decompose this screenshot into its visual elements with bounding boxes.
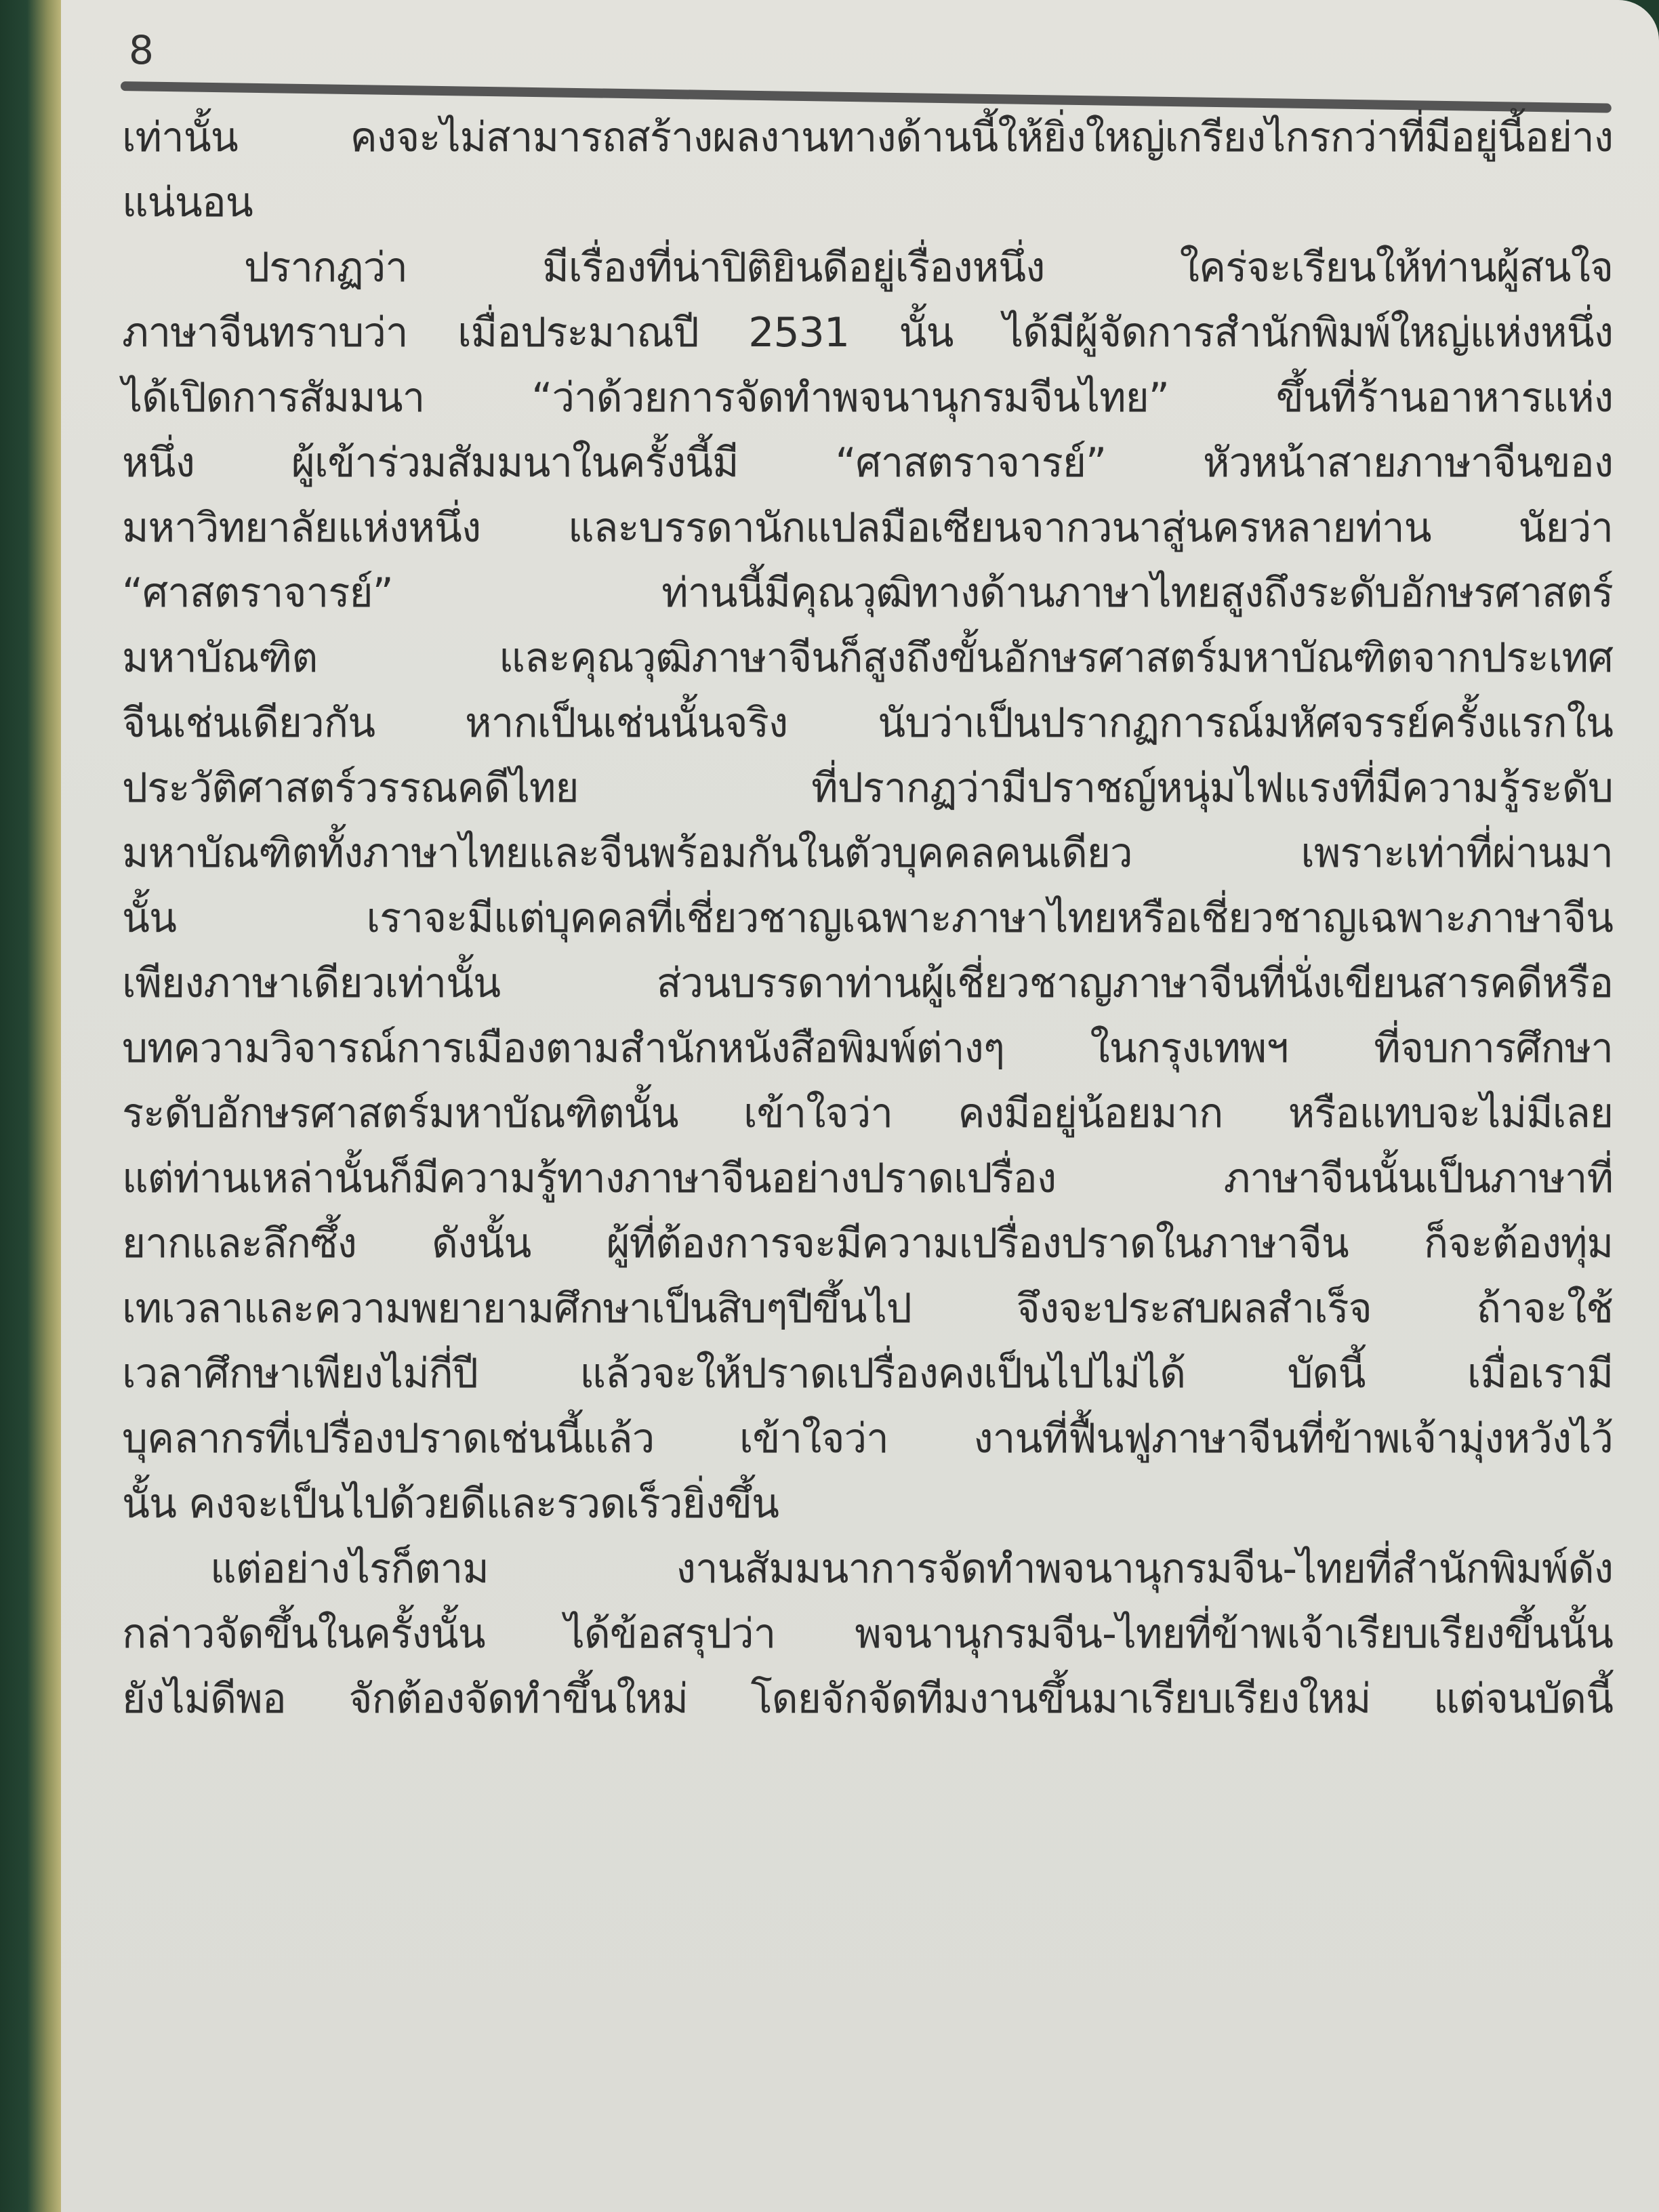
text-line: แต่อย่างไรก็ตาม งานสัมมนาการจัดทำพจนานุก… — [122, 1536, 1613, 1601]
text-line: นั้น คงจะเป็นไปด้วยดีและรวดเร็วยิ่งขึ้น — [122, 1471, 1613, 1536]
text-line: เทเวลาและความพยายามศึกษาเป็นสิบๆปีขึ้นไป… — [122, 1276, 1613, 1341]
text-line: เวลาศึกษาเพียงไม่กี่ปี แล้วจะให้ปราดเปรื… — [122, 1341, 1613, 1406]
page-number: 8 — [129, 27, 154, 73]
text-line: ระดับอักษรศาสตร์มหาบัณฑิตนั้น เข้าใจว่า … — [122, 1081, 1613, 1146]
text-line: ภาษาจีนทราบว่า เมื่อประมาณปี 2531 นั้น ไ… — [122, 300, 1613, 365]
text-line: บุคลากรที่เปรื่องปราดเช่นนี้แล้ว เข้าใจว… — [122, 1406, 1613, 1471]
text-line: ได้เปิดการสัมมนา “ว่าด้วยการจัดทำพจนานุก… — [122, 365, 1613, 430]
text-line: มหาวิทยาลัยแห่งหนึ่ง และบรรดานักแปลมือเซ… — [122, 495, 1613, 560]
body-text: เท่านั้น คงจะไม่สามารถสร้างผลงานทางด้านน… — [122, 105, 1613, 1732]
text-line: มหาบัณฑิต และคุณวุฒิภาษาจีนก็สูงถึงขั้นอ… — [122, 626, 1613, 691]
text-line: ประวัติศาสตร์วรรณคดีไทย ที่ปรากฏว่ามีปรา… — [122, 756, 1613, 821]
text-line: ยังไม่ดีพอ จักต้องจัดทำขึ้นใหม่ โดยจักจั… — [122, 1666, 1613, 1732]
text-line: ยากและลึกซึ้ง ดังนั้น ผู้ที่ต้องการจะมีค… — [122, 1211, 1613, 1276]
text-line: บทความวิจารณ์การเมืองตามสำนักหนังสือพิมพ… — [122, 1016, 1613, 1081]
text-line: นั้น เราจะมีแต่บุคคลที่เชี่ยวชาญเฉพาะภาษ… — [122, 886, 1613, 951]
text-line: เพียงภาษาเดียวเท่านั้น ส่วนบรรดาท่านผู้เ… — [122, 951, 1613, 1016]
text-line: “ศาสตราจารย์” ท่านนี้มีคุณวุฒิทางด้านภาษ… — [122, 560, 1613, 626]
text-line: มหาบัณฑิตทั้งภาษาไทยและจีนพร้อมกันในตัวบ… — [122, 821, 1613, 886]
text-line: ปรากฏว่า มีเรื่องที่น่าปิติยินดีอยู่เรื่… — [122, 235, 1613, 300]
text-line: เท่านั้น คงจะไม่สามารถสร้างผลงานทางด้านน… — [122, 105, 1613, 170]
text-line: จีนเช่นเดียวกัน หากเป็นเช่นนั้นจริง นับว… — [122, 691, 1613, 756]
text-line: กล่าวจัดขึ้นในครั้งนั้น ได้ข้อสรุปว่า พจ… — [122, 1601, 1613, 1666]
text-line: แน่นอน — [122, 170, 1613, 235]
text-line: แต่ท่านเหล่านั้นก็มีความรู้ทางภาษาจีนอย่… — [122, 1146, 1613, 1211]
text-line: หนึ่ง ผู้เข้าร่วมสัมมนาในครั้งนี้มี “ศาส… — [122, 430, 1613, 495]
